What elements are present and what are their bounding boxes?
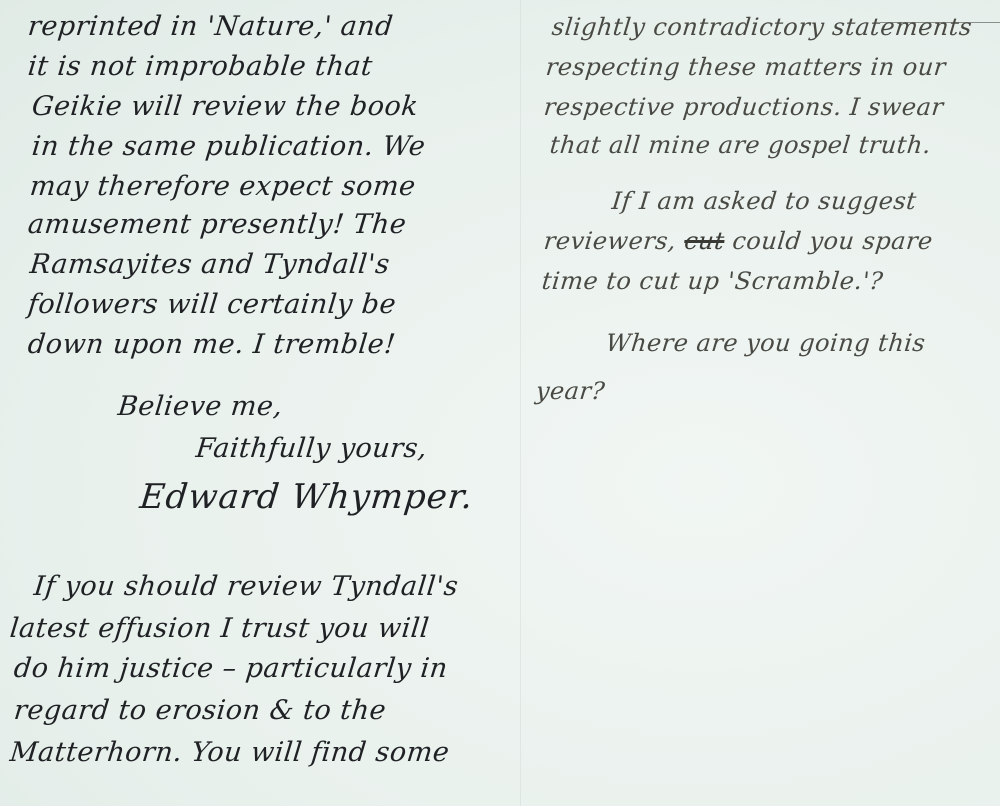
text-fragment: reviewers, [543, 227, 686, 255]
letter-line: it is not improbable that [26, 52, 374, 82]
letter-line: respective productions. I swear [542, 92, 945, 122]
letter-line: respecting these matters in our [544, 52, 947, 82]
postscript-line: If you should review Tyndall's [32, 572, 459, 602]
letter-line: Geikie will review the book [30, 92, 419, 122]
page-fold [520, 0, 521, 806]
text-fragment: could you spare [723, 227, 934, 255]
letter-line: time to cut up 'Scramble.'? [540, 266, 884, 296]
postscript-line: regard to erosion & to the [12, 696, 387, 726]
letter-line: year? [534, 376, 606, 406]
letter-line: amusement presently! The [26, 210, 407, 240]
letter-line: down upon me. I tremble! [26, 330, 397, 360]
struck-out-word: cut [683, 227, 726, 255]
signature: Edward Whymper. [138, 482, 474, 512]
letter-line: followers will certainly be [26, 290, 397, 320]
postscript-line: latest effusion I trust you will [8, 614, 430, 644]
letter-line: in the same publication. We [30, 132, 426, 162]
closing-valediction: Faithfully yours, [194, 434, 428, 464]
closing-salutation: Believe me, [116, 392, 284, 422]
postscript-line: Matterhorn. You will find some [8, 738, 450, 768]
letter-line: Ramsayites and Tyndall's [28, 250, 391, 280]
postscript-line: do him justice – particularly in [12, 654, 449, 684]
letter-line: If I am asked to suggest [610, 186, 918, 216]
letter-line: Where are you going this [604, 328, 927, 358]
letter-line: may therefore expect some [28, 172, 417, 202]
letter-line: reprinted in 'Nature,' and [26, 12, 394, 42]
letter-line: that all mine are gospel truth. [548, 130, 932, 160]
letter-line: slightly contradictory statements [550, 12, 973, 42]
letter-line: reviewers, cut could you spare [542, 226, 934, 256]
